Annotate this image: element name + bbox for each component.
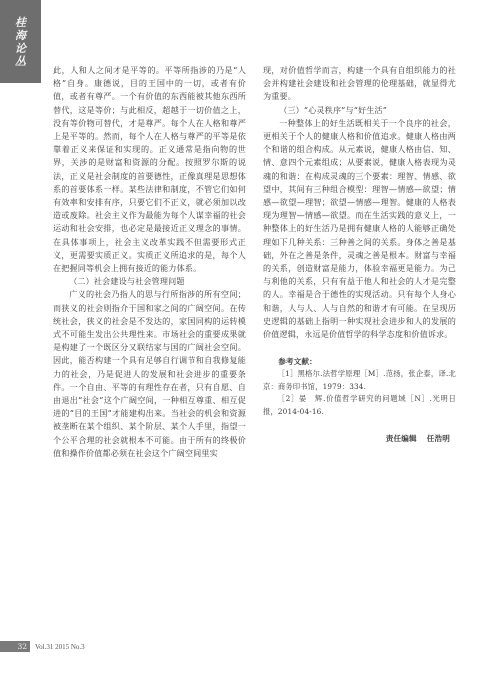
column-logo-char: 海 <box>15 29 26 42</box>
column-logo-char: 丛 <box>15 55 26 68</box>
references-title: 参考文献： <box>263 355 456 368</box>
section-subheading: （三）“心灵秩序”与“好生活” <box>263 104 456 117</box>
references: 参考文献： ［1］黑格尔.法哲学原理［M］.范扬，张企泰，译.北京：商务印书馆，… <box>263 355 456 418</box>
body-paragraph: 广义的社会乃指人的思与行所指涉的所有空间；而狭义的社会则指介于国和家之间的广阔空… <box>53 288 246 460</box>
body-paragraph: 一种整体上的好生活既相关于一个良序的社会，更相关于个人的健康人格和价值追求。健康… <box>263 117 456 341</box>
section-subheading: （二）社会建设与社会管理问题 <box>53 275 246 288</box>
column-logo-char: 桂 <box>15 16 26 29</box>
responsible-editor: 责任编辑任浩明 <box>263 432 456 445</box>
body-paragraph: 现，对价值哲学而言，构建一个具有自组织能力的社会并构建社会建设和社会管理的伦理基… <box>263 64 456 104</box>
editor-label: 责任编辑 <box>386 434 417 443</box>
reference-item: ［1］黑格尔.法哲学原理［M］.范扬，张企泰，译.北京：商务印书馆，1979：3… <box>263 368 456 393</box>
page-number: 32 <box>0 641 30 652</box>
page-footer: 32 Vol.31 2015 No.3 <box>0 641 85 652</box>
editor-name: 任浩明 <box>427 434 450 443</box>
reference-item: ［2］晏 辉.价值哲学研究的问题域［N］.光明日报，2014-04-16. <box>263 393 456 418</box>
right-column: 现，对价值哲学而言，构建一个具有自组织能力的社会并构建社会建设和社会管理的伦理基… <box>263 64 456 446</box>
column-logo: 桂 海 论 丛 <box>0 0 41 83</box>
left-column: 此，人和人之间才是平等的。平等所指涉的乃是“人格”自身。康德说，目的王国中的一切… <box>53 64 246 460</box>
body-paragraph: 此，人和人之间才是平等的。平等所指涉的乃是“人格”自身。康德说，目的王国中的一切… <box>53 64 246 275</box>
column-logo-char: 论 <box>15 42 26 55</box>
issue-info: Vol.31 2015 No.3 <box>35 643 85 651</box>
